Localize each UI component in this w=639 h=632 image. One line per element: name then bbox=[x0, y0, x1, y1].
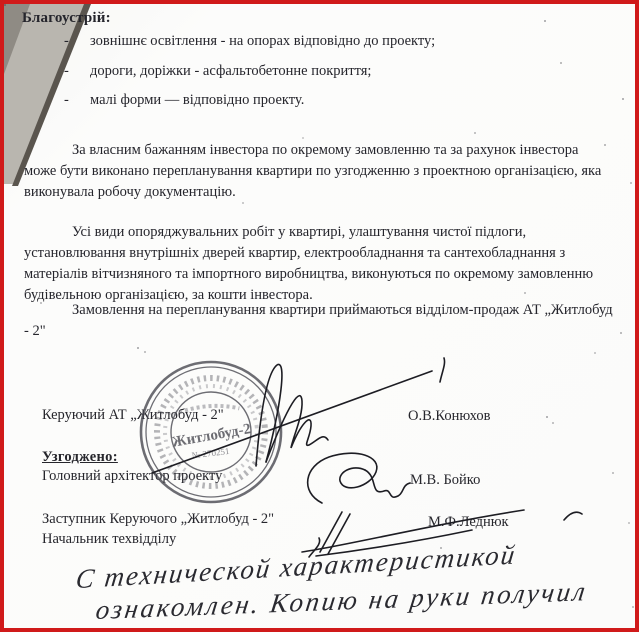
signature-deputy bbox=[302, 510, 582, 557]
scanned-document-page: Благоустрій: - зовнішнє освітлення - на … bbox=[0, 0, 639, 632]
stamp-center-text: Житлобуд-2 bbox=[171, 421, 253, 451]
ink-overlay: Житлобуд-2 № 270251 bbox=[4, 4, 639, 632]
stamp-number-text: № 270251 bbox=[191, 446, 230, 461]
signature-architect bbox=[308, 453, 410, 503]
